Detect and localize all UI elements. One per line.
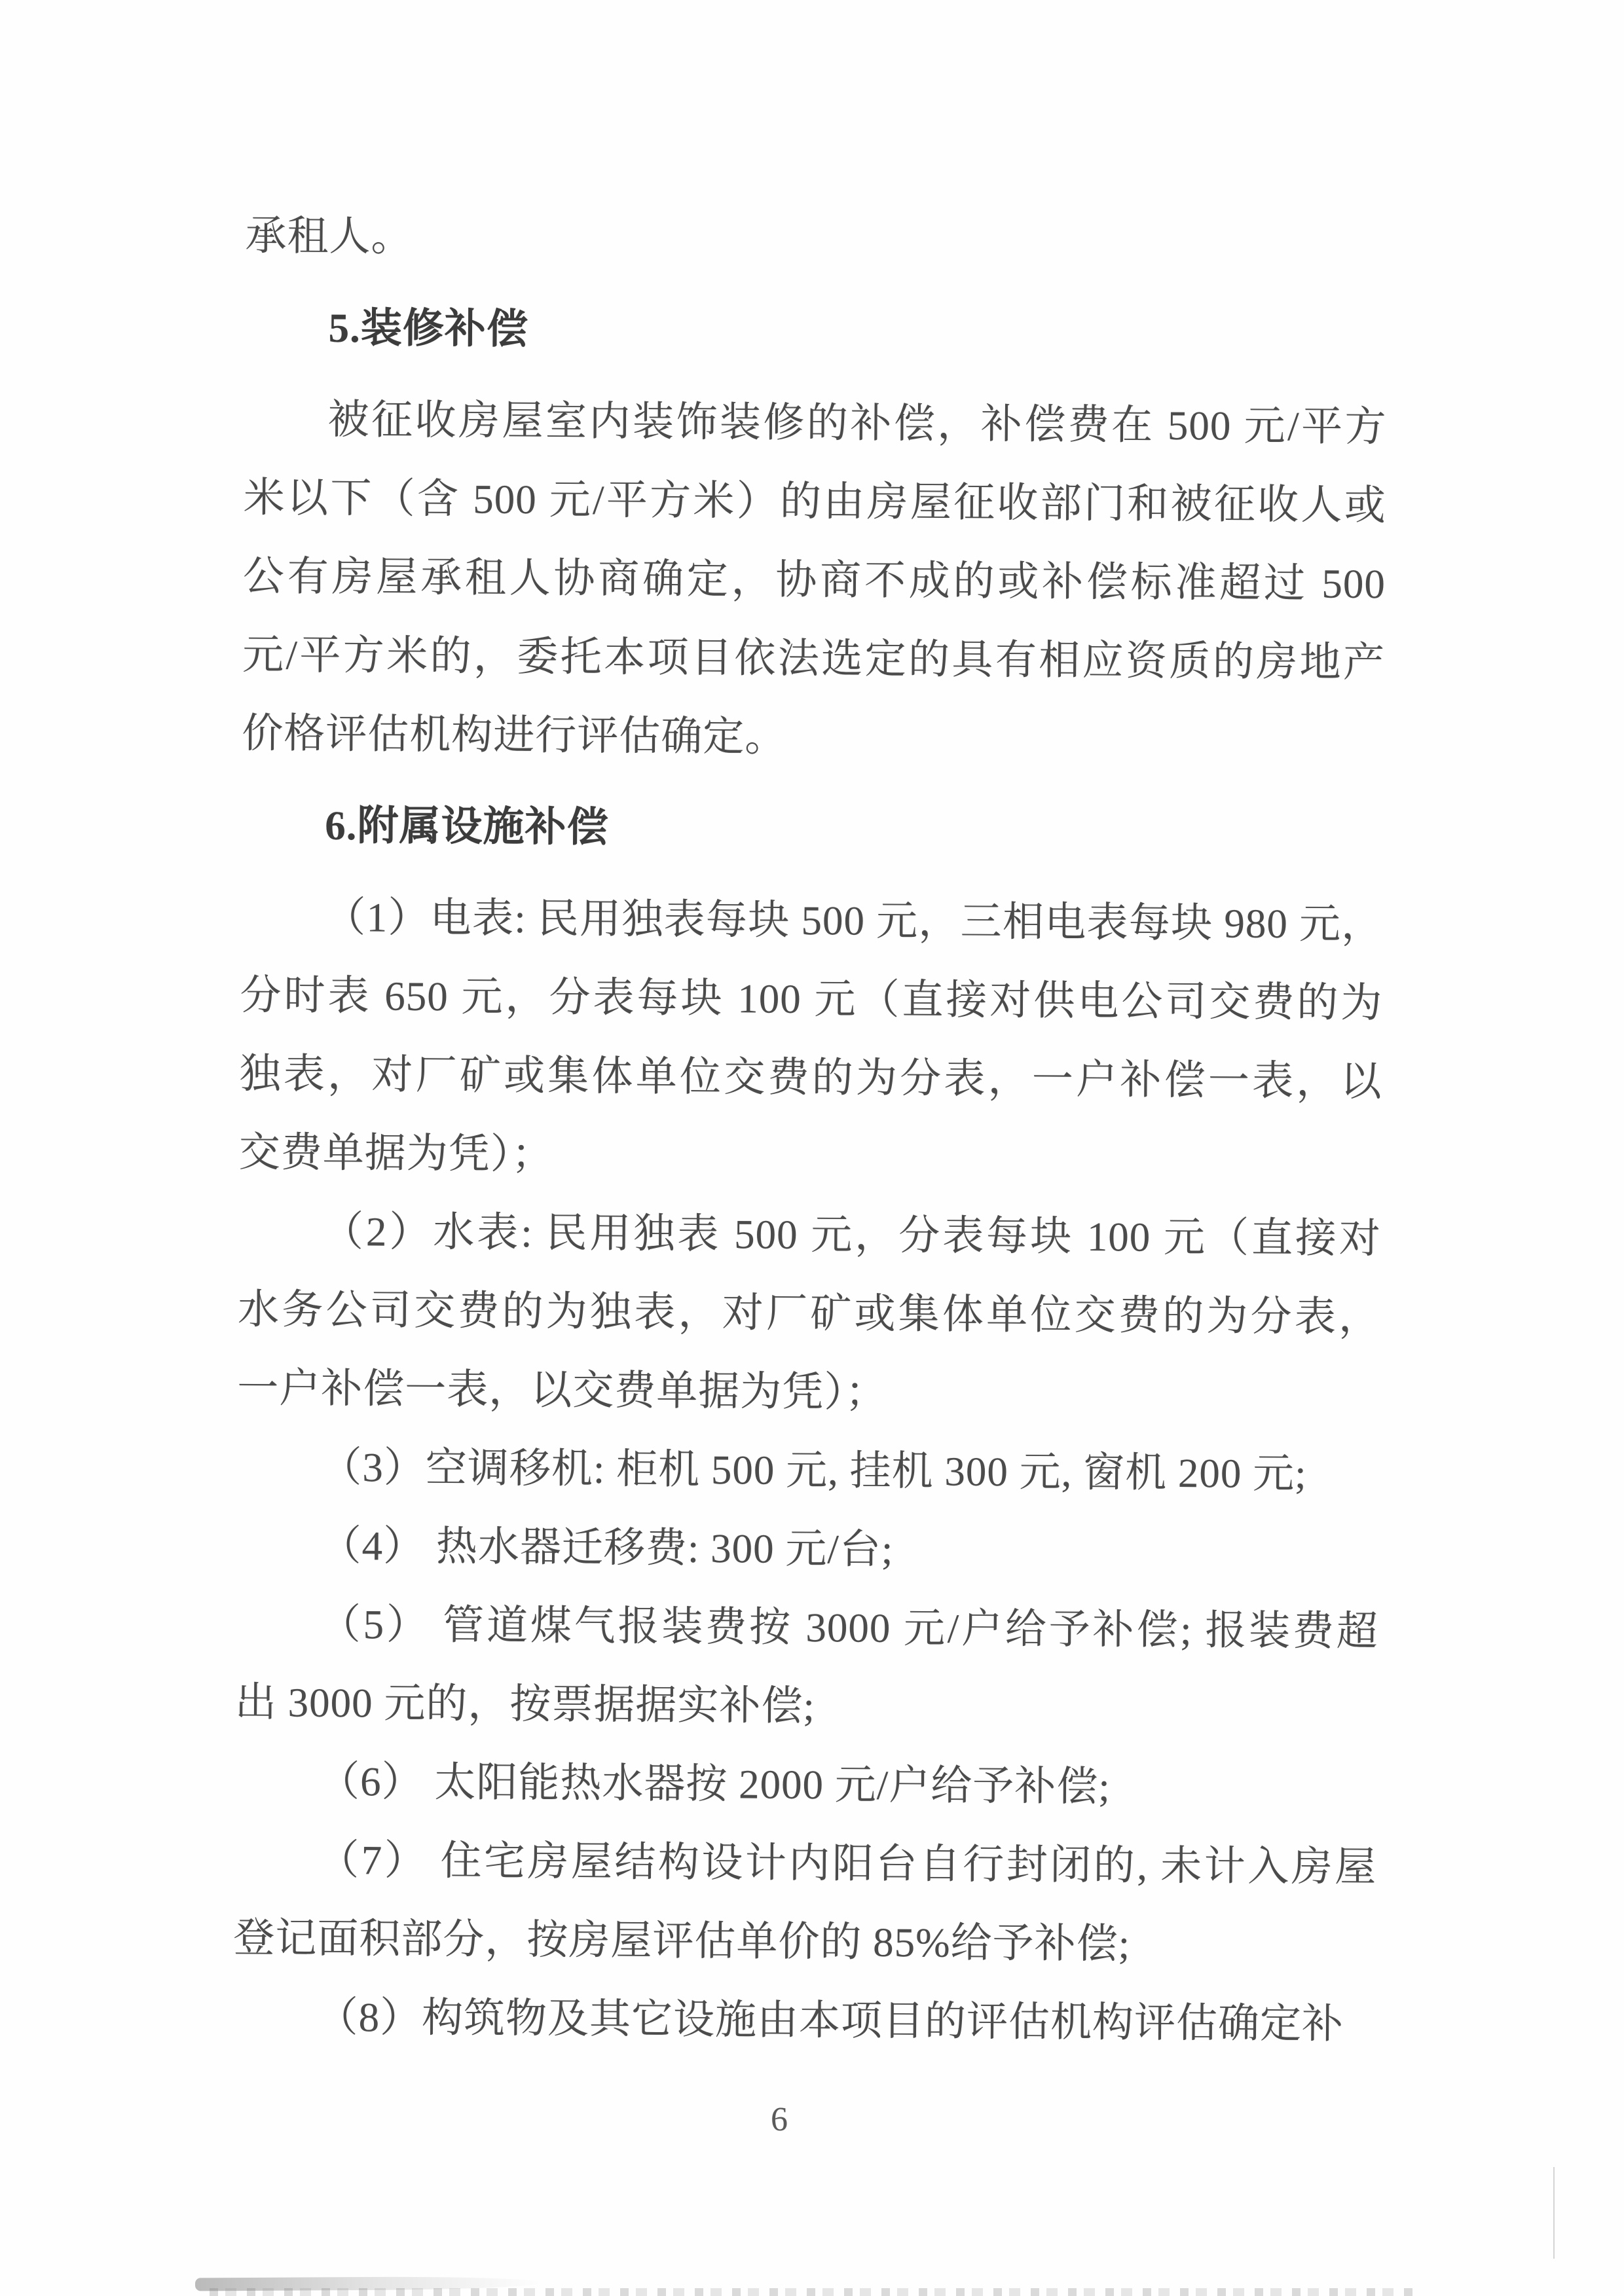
text-line: 登记面积部分，按房屋评估单价的 85%给予补偿;	[233, 1899, 1376, 1985]
scan-edge-mark	[1553, 2167, 1555, 2259]
text-line: 独表，对厂矿或集体单位交费的为分表，一户补偿一表，以	[239, 1034, 1382, 1121]
page-number: 6	[740, 2100, 819, 2140]
text-line: 价格评估机构进行评估确定。	[242, 694, 1385, 780]
text-line: （5） 管道煤气报装费按 3000 元/户给予补偿; 报装费超	[235, 1584, 1378, 1671]
text-line: 被征收房屋室内装饰装修的补偿，补偿费在 500 元/平方	[244, 380, 1387, 466]
paper-sheet: 承租人。 5.装修补偿 被征收房屋室内装饰装修的补偿，补偿费在 500 元/平方…	[0, 0, 1624, 2296]
document-page: { "page": { "number": "6", "paper_color"…	[0, 0, 1624, 2296]
section-heading-6: 6.附属设施补偿	[241, 786, 1384, 872]
text-line: 一户补偿一表，以交费单据为凭）；	[237, 1349, 1380, 1435]
text-line: 出 3000 元的，按票据据实补偿;	[235, 1663, 1378, 1749]
text-line: （4） 热水器迁移费: 300 元/台;	[236, 1506, 1379, 1592]
text-line: 承租人。	[245, 196, 1388, 283]
text-line: 水务公司交费的为独表，对厂矿或集体单位交费的为分表，	[238, 1270, 1381, 1357]
text-line: （3）空调移机: 柜机 500 元, 挂机 300 元, 窗机 200 元;	[236, 1427, 1380, 1514]
text-line: 元/平方米的，委托本项目依法选定的具有相应资质的房地产	[242, 615, 1386, 702]
text-line: 交费单据为凭）；	[238, 1113, 1382, 1199]
page-bleed-artifact	[210, 2288, 1418, 2296]
text-line: （6） 太阳能热水器按 2000 元/户给予补偿;	[234, 1741, 1378, 1828]
text-line: 分时表 650 元，分表每块 100 元（直接对供电公司交费的为	[240, 956, 1383, 1042]
text-line: （8）构筑物及其它设施由本项目的评估机构评估确定补	[232, 1977, 1376, 2064]
document-text-block: 承租人。 5.装修补偿 被征收房屋室内装饰装修的补偿，补偿费在 500 元/平方…	[232, 196, 1388, 2064]
text-line: （7） 住宅房屋结构设计内阳台自行封闭的, 未计入房屋	[234, 1820, 1377, 1906]
text-line: （1）电表: 民用独表每块 500 元，三相电表每块 980 元，	[240, 877, 1384, 964]
text-line: （2）水表: 民用独表 500 元，分表每块 100 元（直接对	[238, 1192, 1382, 1278]
section-heading-5: 5.装修补偿	[244, 288, 1388, 374]
text-line: 公有房屋承租人协商确定，协商不成的或补偿标准超过 500	[243, 537, 1386, 623]
text-line: 米以下（含 500 元/平方米）的由房屋征收部门和被征收人或	[243, 458, 1386, 545]
